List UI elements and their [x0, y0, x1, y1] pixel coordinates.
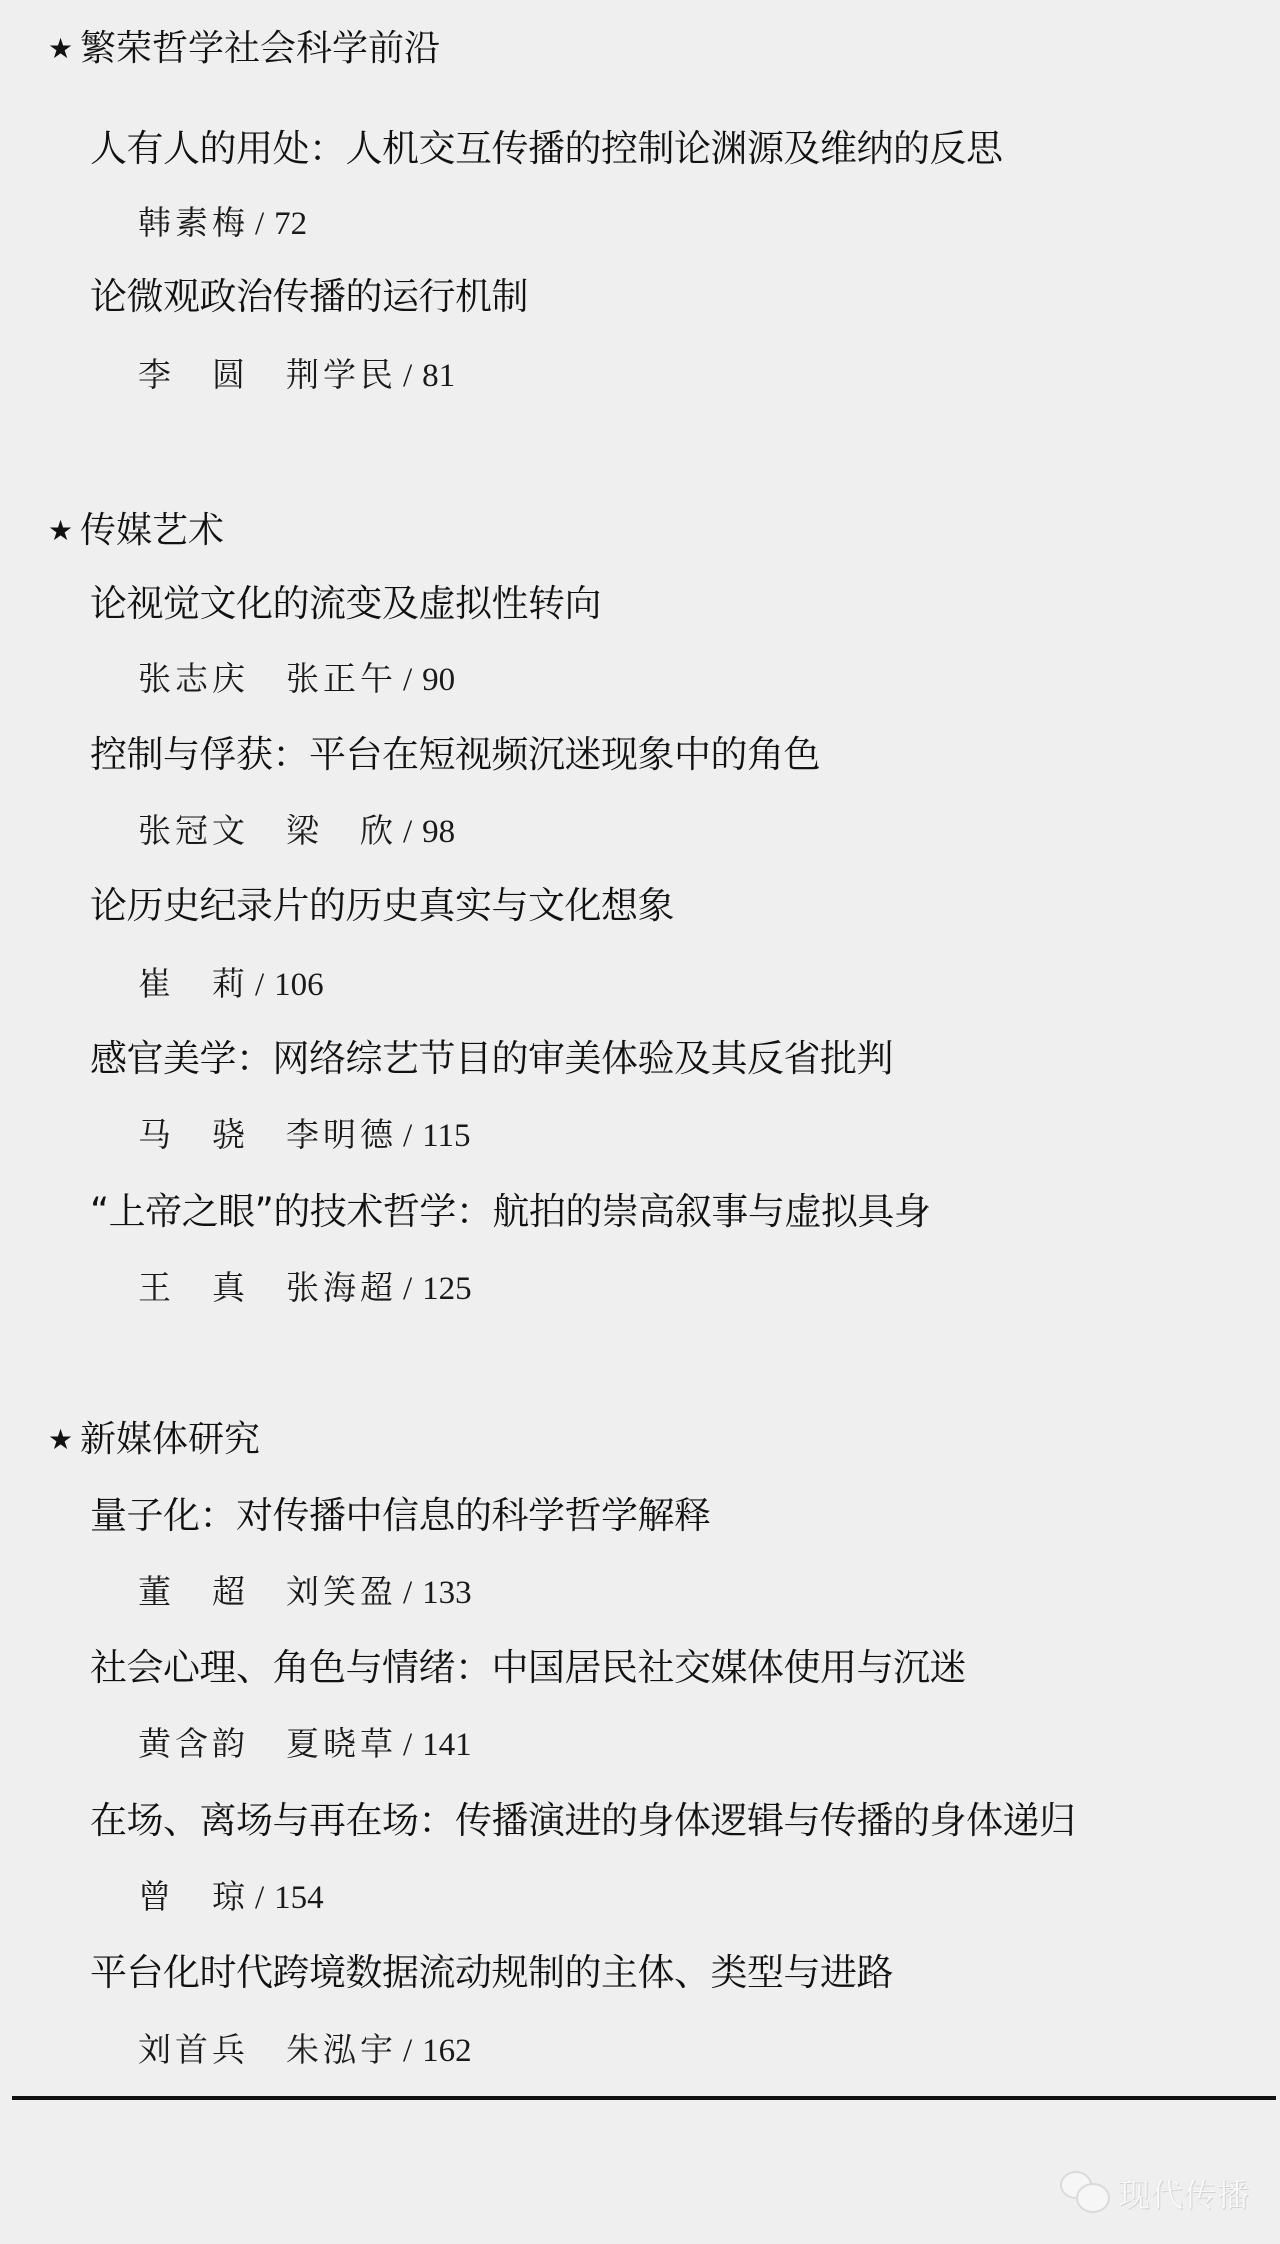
article-authors: 刘首兵 朱泓宇/162 [138, 2024, 472, 2076]
section-title: 新媒体研究 [80, 1414, 260, 1466]
separator: / [403, 2033, 412, 2069]
star-icon: ★ [48, 1414, 78, 1466]
separator: / [403, 1118, 412, 1154]
section-title: 繁荣哲学社会科学前沿 [80, 23, 440, 75]
separator: / [255, 1880, 264, 1916]
page-number: 133 [422, 1575, 472, 1611]
page-number: 98 [422, 814, 455, 850]
separator: / [403, 662, 412, 698]
article-title[interactable]: 论微观政治传播的运行机制 [90, 271, 528, 323]
author-names: 张冠文 梁 欣 [138, 811, 397, 850]
article-authors: 张冠文 梁 欣/98 [138, 805, 455, 857]
bottom-divider [12, 2096, 1276, 2100]
article-authors: 董 超 刘笑盈/133 [138, 1566, 472, 1618]
article-title[interactable]: 社会心理、角色与情绪：中国居民社交媒体使用与沉迷 [90, 1642, 966, 1694]
watermark-text: 现代传播 [1118, 2170, 1250, 2216]
page-number: 81 [422, 358, 455, 394]
page-number: 90 [422, 662, 455, 698]
author-names: 刘首兵 朱泓宇 [138, 2030, 397, 2069]
author-names: 董 超 刘笑盈 [138, 1572, 397, 1611]
page-number: 154 [274, 1880, 324, 1916]
author-names: 黄含韵 夏晓草 [138, 1724, 397, 1763]
article-title[interactable]: 论历史纪录片的历史真实与文化想象 [90, 880, 674, 932]
star-icon: ★ [48, 23, 78, 75]
page-number: 162 [422, 2033, 472, 2069]
article-title[interactable]: 控制与俘获：平台在短视频沉迷现象中的角色 [90, 729, 820, 781]
page-number: 106 [274, 967, 324, 1003]
article-title[interactable]: 论视觉文化的流变及虚拟性转向 [90, 578, 601, 630]
author-names: 马 骁 李明德 [138, 1115, 397, 1154]
section-header: ★ 繁荣哲学社会科学前沿 [48, 23, 440, 75]
author-names: 韩素梅 [138, 203, 249, 242]
author-names: 李 圆 荆学民 [138, 355, 397, 394]
watermark: 现代传播 [1060, 2168, 1250, 2218]
article-authors: 李 圆 荆学民/81 [138, 349, 455, 401]
page-number: 125 [422, 1271, 472, 1307]
article-authors: 张志庆 张正午/90 [138, 653, 455, 705]
author-names: 王 真 张海超 [138, 1268, 397, 1307]
article-title[interactable]: 量子化：对传播中信息的科学哲学解释 [90, 1490, 711, 1542]
separator: / [255, 967, 264, 1003]
article-authors: 曾 琼/154 [138, 1871, 324, 1923]
article-authors: 黄含韵 夏晓草/141 [138, 1718, 472, 1770]
author-names: 曾 琼 [138, 1877, 249, 1916]
article-title[interactable]: 在场、离场与再在场：传播演进的身体逻辑与传播的身体递归 [90, 1795, 1076, 1847]
section-header: ★ 新媒体研究 [48, 1414, 260, 1466]
article-authors: 王 真 张海超/125 [138, 1262, 472, 1314]
author-names: 张志庆 张正午 [138, 659, 397, 698]
article-authors: 崔 莉/106 [138, 958, 324, 1010]
article-title[interactable]: “上帝之眼”的技术哲学：航拍的崇高叙事与虚拟具身 [90, 1186, 930, 1238]
article-authors: 马 骁 李明德/115 [138, 1109, 470, 1161]
separator: / [403, 1575, 412, 1611]
section-header: ★ 传媒艺术 [48, 505, 224, 557]
wechat-icon [1060, 2171, 1112, 2215]
page-number: 72 [274, 206, 307, 242]
article-authors: 韩素梅/72 [138, 197, 307, 249]
article-title[interactable]: 平台化时代跨境数据流动规制的主体、类型与进路 [90, 1947, 893, 1999]
separator: / [403, 814, 412, 850]
section-title: 传媒艺术 [80, 505, 224, 557]
separator: / [403, 1271, 412, 1307]
page-number: 141 [422, 1727, 472, 1763]
star-icon: ★ [48, 505, 78, 557]
separator: / [403, 1727, 412, 1763]
page-number: 115 [422, 1118, 470, 1154]
separator: / [255, 206, 264, 242]
article-title[interactable]: 人有人的用处：人机交互传播的控制论渊源及维纳的反思 [90, 123, 1003, 175]
chat-bubble-front [1076, 2183, 1110, 2213]
article-title[interactable]: 感官美学：网络综艺节目的审美体验及其反省批判 [90, 1033, 893, 1085]
separator: / [403, 358, 412, 394]
author-names: 崔 莉 [138, 964, 249, 1003]
